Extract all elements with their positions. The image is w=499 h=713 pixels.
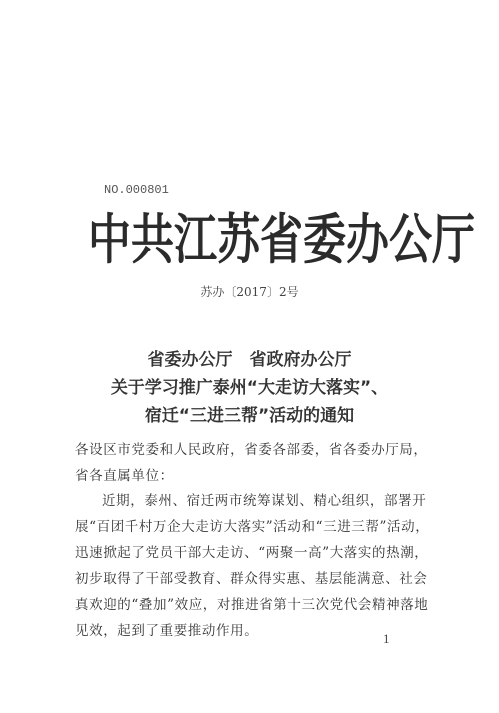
title-line-3: 宿迁“三进三帮”活动的通知 (0, 401, 499, 426)
title-line-2: 关于学习推广泰州“大走访大落实”、 (0, 373, 499, 398)
issuing-org-header: 中共江苏省委办公厅 (88, 198, 418, 274)
page-number: 1 (383, 631, 390, 647)
salutation: 各设区市党委和人民政府，省委各部委，省各委办厅局，省各直属单位： (75, 437, 435, 489)
title-line-1: 省委办公厅 省政府办公厅 (0, 345, 499, 370)
reference-number: 苏办〔2017〕2号 (0, 283, 499, 300)
body-paragraph: 近期，泰州、宿迁两市统筹谋划、精心组织，部署开展“百团千村万企大走访大落实”活动… (75, 488, 435, 644)
serial-number: NO.000801 (104, 183, 169, 197)
